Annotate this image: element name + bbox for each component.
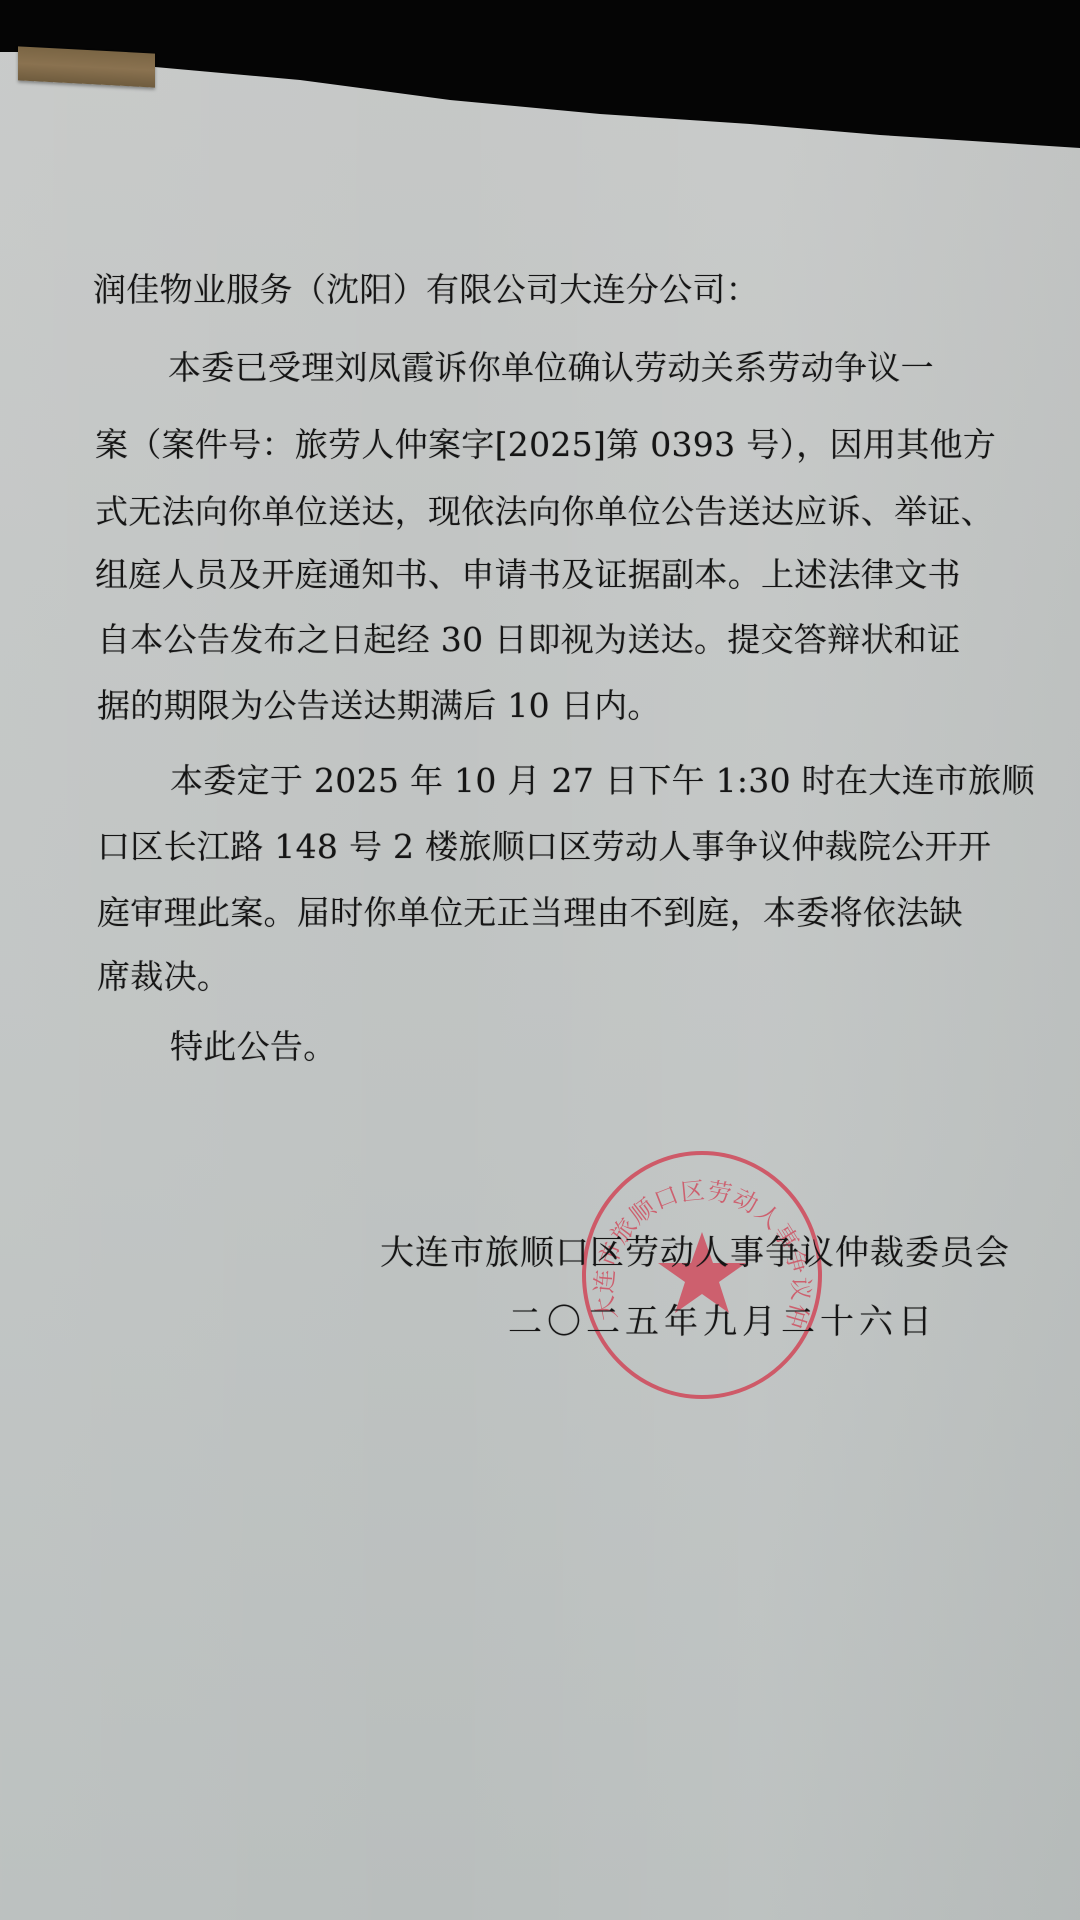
closing-statement: 特此公告。: [170, 1029, 337, 1065]
paragraph-1-line-6: 据的期限为公告送达期满后 10 日内。: [97, 688, 661, 724]
paragraph-2-line-4: 席裁决。: [97, 959, 230, 995]
paragraph-1-line-4: 组庭人员及开庭通知书、申请书及证据副本。上述法律文书: [95, 557, 961, 593]
paragraph-2-line-1: 本委定于 2025 年 10 月 27 日下午 1:30 时在大连市旅顺: [170, 763, 1035, 799]
paragraph-1-line-3: 式无法向你单位送达，现依法向你单位公告送达应诉、举证、: [95, 494, 994, 530]
paragraph-2-line-3: 庭审理此案。届时你单位无正当理由不到庭，本委将依法缺: [97, 895, 963, 931]
paragraph-1-line-1: 本委已受理刘凤霞诉你单位确认劳动关系劳动争议一: [168, 350, 934, 386]
issue-date: 二〇二五年九月二十六日: [508, 1304, 937, 1340]
addressee: 润佳物业服务（沈阳）有限公司大连分公司：: [93, 272, 759, 308]
issuer-name: 大连市旅顺口区劳动人事争议仲裁委员会: [380, 1235, 1010, 1271]
paragraph-2-line-2: 口区长江路 148 号 2 楼旅顺口区劳动人事争议仲裁院公开开: [97, 829, 991, 865]
paragraph-1-line-5: 自本公告发布之日起经 30 日即视为送达。提交答辩状和证: [97, 622, 960, 658]
adhesive-tape: [18, 46, 155, 87]
paragraph-1-line-2: 案（案件号：旅劳人仲案字[2025]第 0393 号），因用其他方: [95, 427, 996, 463]
